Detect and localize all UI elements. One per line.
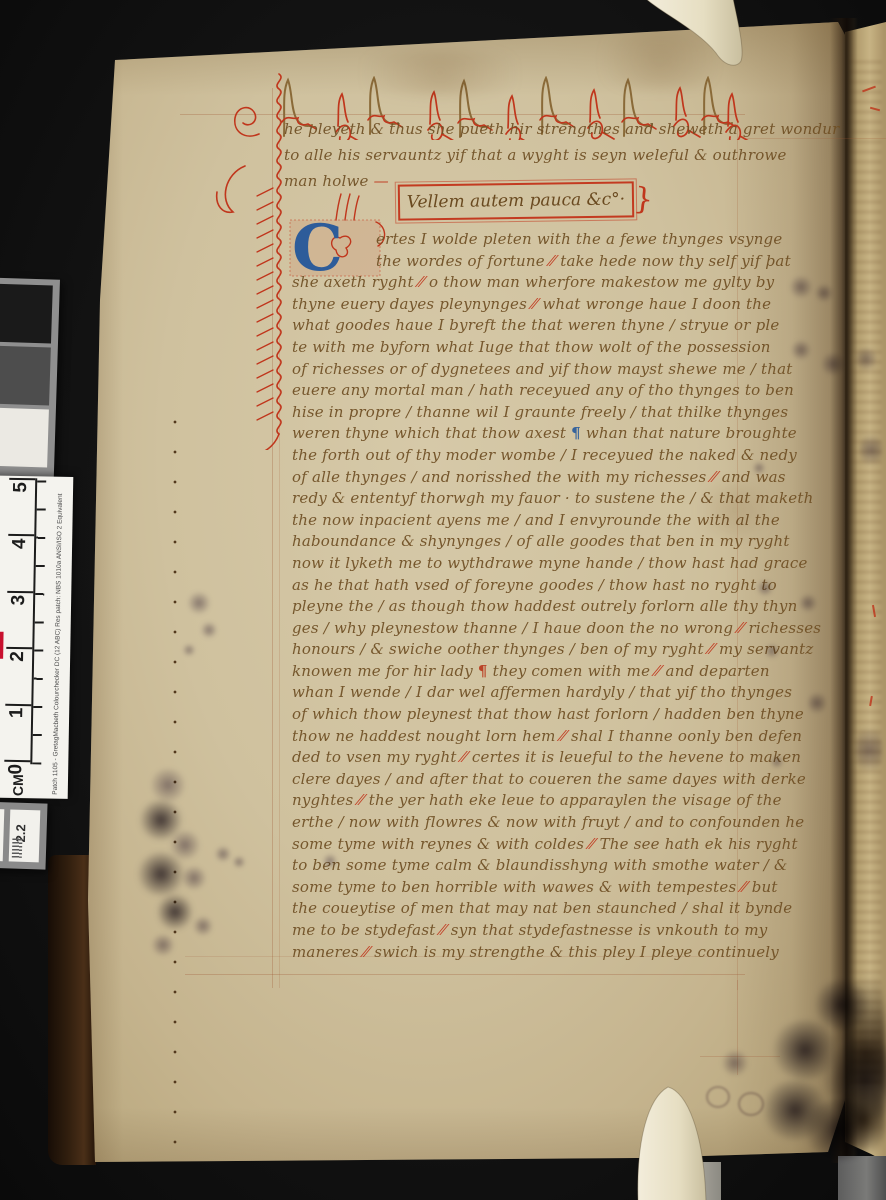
mold-stain: [820, 352, 846, 376]
cradle-support-right: [838, 1156, 886, 1200]
mold-stain: [186, 592, 212, 614]
mold-stain: [814, 284, 834, 302]
library-label: Llyfrgell Genedlaethol Cymru LlGCNLW Nat…: [0, 475, 73, 799]
manuscript-line: ded to vsen my ryght ⁄⁄ certes it is leu…: [292, 747, 740, 769]
manuscript-line: the coueytise of men that may nat ben st…: [292, 898, 740, 920]
manuscript-line: the forth out of thy moder wombe / I rec…: [292, 445, 740, 467]
manuscript-line: erthe / now with flowres & now with fruy…: [292, 812, 740, 834]
cm-ruler: CM 012345: [2, 476, 50, 799]
foxing-patch: [690, 480, 780, 540]
manuscript-line: now it lyketh me to wythdrawe myne hande…: [292, 553, 740, 575]
nlw-logo: LlGCNLW: [0, 632, 4, 659]
mold-stain: [808, 690, 826, 716]
manuscript-line: pleyne the / as though thow haddest outr…: [292, 596, 740, 618]
manuscript-line: to ben some tyme calm & blaundisshyng wi…: [292, 855, 740, 877]
mold-stain: [860, 430, 882, 470]
ruler-number: 1: [6, 707, 28, 729]
ruler-major-tick: [6, 647, 32, 649]
manuscript-line: knowen me for hir lady ¶ they comen with…: [292, 661, 740, 683]
cradle-support-left: [697, 1162, 721, 1200]
rubric-flourish: }: [632, 181, 655, 218]
foxing-patch: [580, 30, 740, 90]
mold-stain: [798, 594, 818, 612]
manuscript-line: weren thyne which that thow axest ¶ whan…: [292, 423, 740, 445]
manuscript-line: ertes I wolde pleten with the a fewe thy…: [292, 229, 740, 251]
mold-stain: [856, 344, 876, 374]
ruler-number: 4: [9, 538, 31, 560]
manuscript-line: of alle thynges / and norisshed the with…: [292, 467, 740, 489]
manuscript-line: what goodes haue I byreft the that weren…: [292, 315, 740, 337]
manuscript-line: hise in propre / thanne wil I graunte fr…: [292, 402, 740, 424]
manuscript-line: haboundance & shynynges / of alle goodes…: [292, 531, 740, 553]
manuscript-line: euere any mortal man / hath receyued any…: [292, 380, 740, 402]
gray-calibration-patch: [0, 284, 53, 344]
mold-stain: [180, 866, 208, 890]
ruler-number: 5: [10, 482, 32, 504]
patch-fine-print: Patch 1105 - GretagMacbeth Colourchecker…: [52, 479, 65, 795]
mold-stain: [232, 856, 246, 868]
gray-calibration-patch: [0, 346, 51, 406]
manuscript-line: whan I wende / I dar wel affermen hardyl…: [292, 682, 740, 704]
ruler-major-tick: [9, 478, 35, 480]
ruler-major-tick: [5, 703, 31, 705]
mold-stain: [752, 462, 766, 474]
mold-stain: [150, 934, 176, 956]
ruler-number: 0: [5, 764, 27, 786]
resolution-patch: 2.2: [9, 809, 41, 862]
resolution-patch-frame: 2.5 2.2: [0, 801, 48, 869]
rubric-box: Vellem autem pauca &c°·: [398, 181, 634, 220]
ruler-number: 2: [7, 651, 29, 673]
ruler-major-tick: [4, 760, 30, 762]
mold-stain: [200, 622, 218, 638]
manuscript-line: the now inpacient ayens me / and I envyr…: [292, 510, 740, 532]
mold-stain: [192, 916, 214, 936]
mold-stain: [182, 644, 196, 656]
manuscript-line: nyghtes ⁄⁄ the yer hath eke leue to appa…: [292, 790, 740, 812]
mold-stain: [788, 276, 814, 298]
ruled-line-bottom: [185, 974, 745, 975]
edge-rot-stain: [840, 1080, 886, 1160]
mold-stain: [720, 1050, 750, 1076]
rubric-text: Vellem autem pauca &c°·: [407, 189, 626, 212]
mold-stain: [158, 892, 192, 932]
mold-ring: [738, 1092, 764, 1116]
gray-patch-frame: [0, 277, 60, 477]
mold-stain: [790, 340, 812, 360]
manuscript-line: as he that hath vsed of foreyne goodes /…: [292, 575, 740, 597]
mold-stain: [148, 768, 188, 802]
manuscript-line: te with me byforn what Iuge that thow wo…: [292, 337, 740, 359]
manuscript-line: some tyme with reynes & with coldes ⁄⁄ T…: [292, 834, 740, 856]
manuscript-text-block: ertes I wolde pleten with the a fewe thy…: [292, 229, 740, 963]
color-scale-bar: Llyfrgell Genedlaethol Cymru LlGCNLW Nat…: [0, 277, 92, 872]
resolution-stripes: [12, 838, 23, 858]
manuscript-line: the wordes of fortune ⁄⁄ take hede now t…: [292, 251, 740, 273]
manuscript-line: thyne euery dayes pleynynges ⁄⁄ what wro…: [292, 294, 740, 316]
foxing-patch: [330, 50, 550, 96]
resolution-patch: 2.5: [0, 808, 4, 861]
mold-stain: [856, 720, 882, 780]
header-line: to alle his servauntz yif that a wyght i…: [284, 142, 742, 168]
ruled-line-top-right: [745, 138, 886, 139]
manuscript-line: redy & ententyf thorwgh my fauor · to su…: [292, 488, 740, 510]
mold-ring: [706, 1086, 730, 1108]
manuscript-line: of which thow pleynest that thow hast fo…: [292, 704, 740, 726]
mold-stain: [136, 852, 186, 896]
manuscript-line: ges / why pleynestow thanne / I haue doo…: [292, 618, 740, 640]
mold-stain: [764, 644, 780, 658]
mold-stain: [322, 854, 338, 868]
manuscript-line: some tyme to ben horrible with wawes & w…: [292, 877, 740, 899]
gray-patch-stack: [0, 283, 53, 471]
mold-stain: [770, 756, 784, 768]
manuscript-line: she axeth ryght ⁄⁄ o thow man wherfore m…: [292, 272, 740, 294]
mold-stain: [214, 846, 232, 862]
header-line: he pleyeth & thus she pueth hir strength…: [284, 116, 742, 142]
manuscript-line: honours / & swiche oother thynges / ben …: [292, 639, 740, 661]
manuscript-line: clere dayes / and after that to coueren …: [292, 769, 740, 791]
manuscript-line: of richesses or of dygnetees and yif tho…: [292, 359, 740, 381]
photograph-stage: he pleyeth & thus she pueth hir strength…: [0, 0, 886, 1200]
mold-stain: [756, 580, 774, 596]
gray-calibration-patch: [0, 408, 49, 468]
ruler-number: 3: [8, 595, 30, 617]
ruler-major-tick: [7, 591, 33, 593]
manuscript-line: me to be stydefast ⁄⁄ syn that stydefast…: [292, 920, 740, 942]
ruler-major-tick: [8, 534, 34, 536]
manuscript-line: maneres ⁄⁄ swich is my strengthe & this …: [292, 942, 740, 964]
manuscript-line: thow ne haddest nought lorn hem ⁄⁄ shal …: [292, 726, 740, 748]
